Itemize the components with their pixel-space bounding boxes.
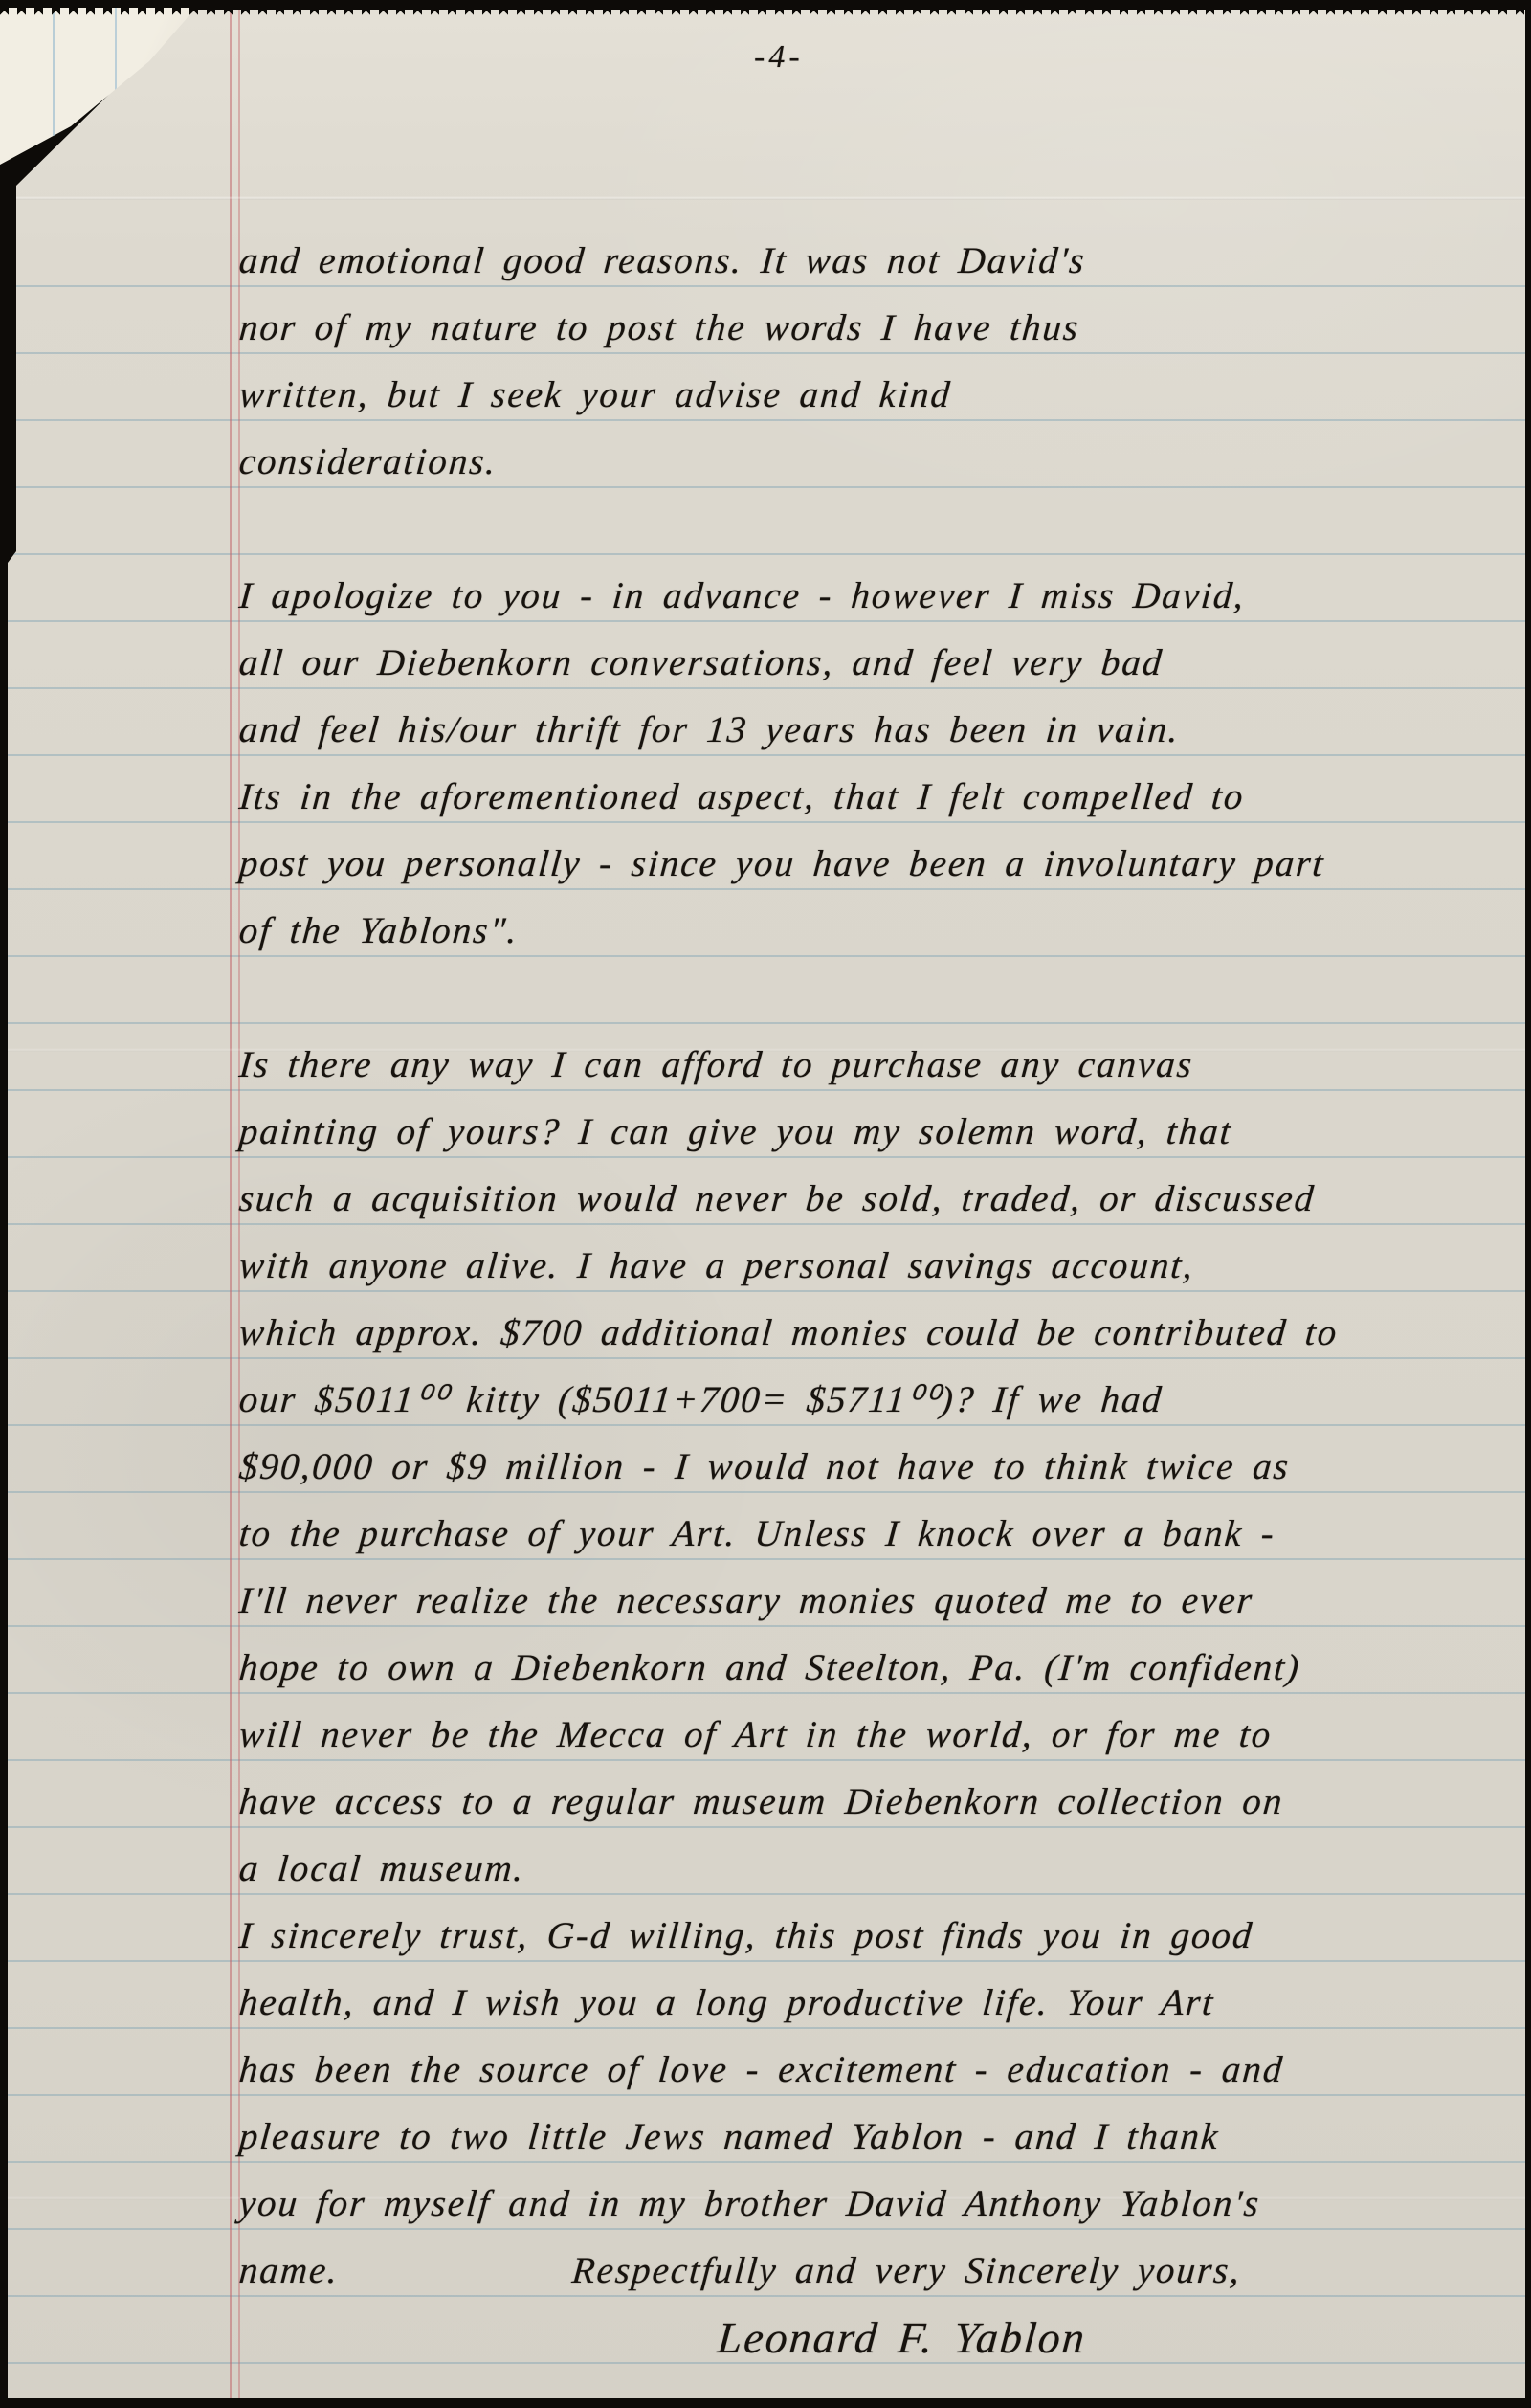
handwriting-line: health, and I wish you a long productive…: [237, 1981, 1216, 2025]
page-number: -4-: [754, 38, 804, 77]
handwriting-line: Its in the aforementioned aspect, that I…: [237, 775, 1247, 819]
handwriting-line: with anyone alive. I have a personal sav…: [237, 1244, 1196, 1288]
fold-crease: [8, 196, 1525, 200]
handwriting-line: which approx. $700 additional monies cou…: [237, 1311, 1340, 1355]
handwriting-line: Is there any way I can afford to purchas…: [237, 1043, 1195, 1087]
handwriting-line: I sincerely trust, G-d willing, this pos…: [237, 1914, 1255, 1958]
handwriting-line: I'll never realize the necessary monies …: [237, 1579, 1255, 1623]
handwriting-line: considerations.: [237, 440, 499, 484]
scanned-letter-page: { "document": { "kind": "handwritten let…: [0, 0, 1531, 2408]
handwriting-line: of the Yablons".: [237, 909, 521, 953]
handwriting-line: Leonard F. Yablon: [716, 2316, 1088, 2360]
handwriting-line: you for myself and in my brother David A…: [237, 2182, 1262, 2226]
handwriting-line: will never be the Mecca of Art in the wo…: [237, 1713, 1275, 1757]
handwriting-line: name. Respectfully and very Sincerely yo…: [237, 2249, 1243, 2293]
handwriting-line: a local museum.: [237, 1847, 527, 1891]
handwriting-line: our $5011⁰⁰ kitty ($5011+700= $5711⁰⁰)? …: [237, 1378, 1165, 1422]
handwriting-line: to the purchase of your Art. Unless I kn…: [237, 1512, 1277, 1556]
handwriting-line: all our Diebenkorn conversations, and fe…: [237, 641, 1165, 685]
handwriting-line: hope to own a Diebenkorn and Steelton, P…: [237, 1646, 1302, 1690]
handwriting-line: and emotional good reasons. It was not D…: [237, 239, 1088, 283]
handwriting-line: nor of my nature to post the words I hav…: [237, 306, 1081, 350]
handwriting-line: post you personally - since you have bee…: [237, 842, 1326, 886]
letter-paper: -4- and emotional good reasons. It was n…: [8, 10, 1525, 2398]
handwriting-line: such a acquisition would never be sold, …: [237, 1177, 1317, 1221]
handwriting-line: I apologize to you - in advance - howeve…: [237, 574, 1247, 618]
handwriting-line: has been the source of love - excitement…: [237, 2048, 1286, 2092]
handwriting-line: $90,000 or $9 million - I would not have…: [237, 1445, 1292, 1489]
handwriting-line: painting of yours? I can give you my sol…: [237, 1110, 1234, 1154]
handwriting-line: written, but I seek your advise and kind: [237, 373, 953, 417]
handwriting-line: and feel his/our thrift for 13 years has…: [237, 708, 1182, 752]
handwriting-line: pleasure to two little Jews named Yablon…: [237, 2115, 1221, 2159]
handwriting-line: have access to a regular museum Diebenko…: [237, 1780, 1286, 1824]
torn-paper-edge: [0, 0, 1531, 19]
